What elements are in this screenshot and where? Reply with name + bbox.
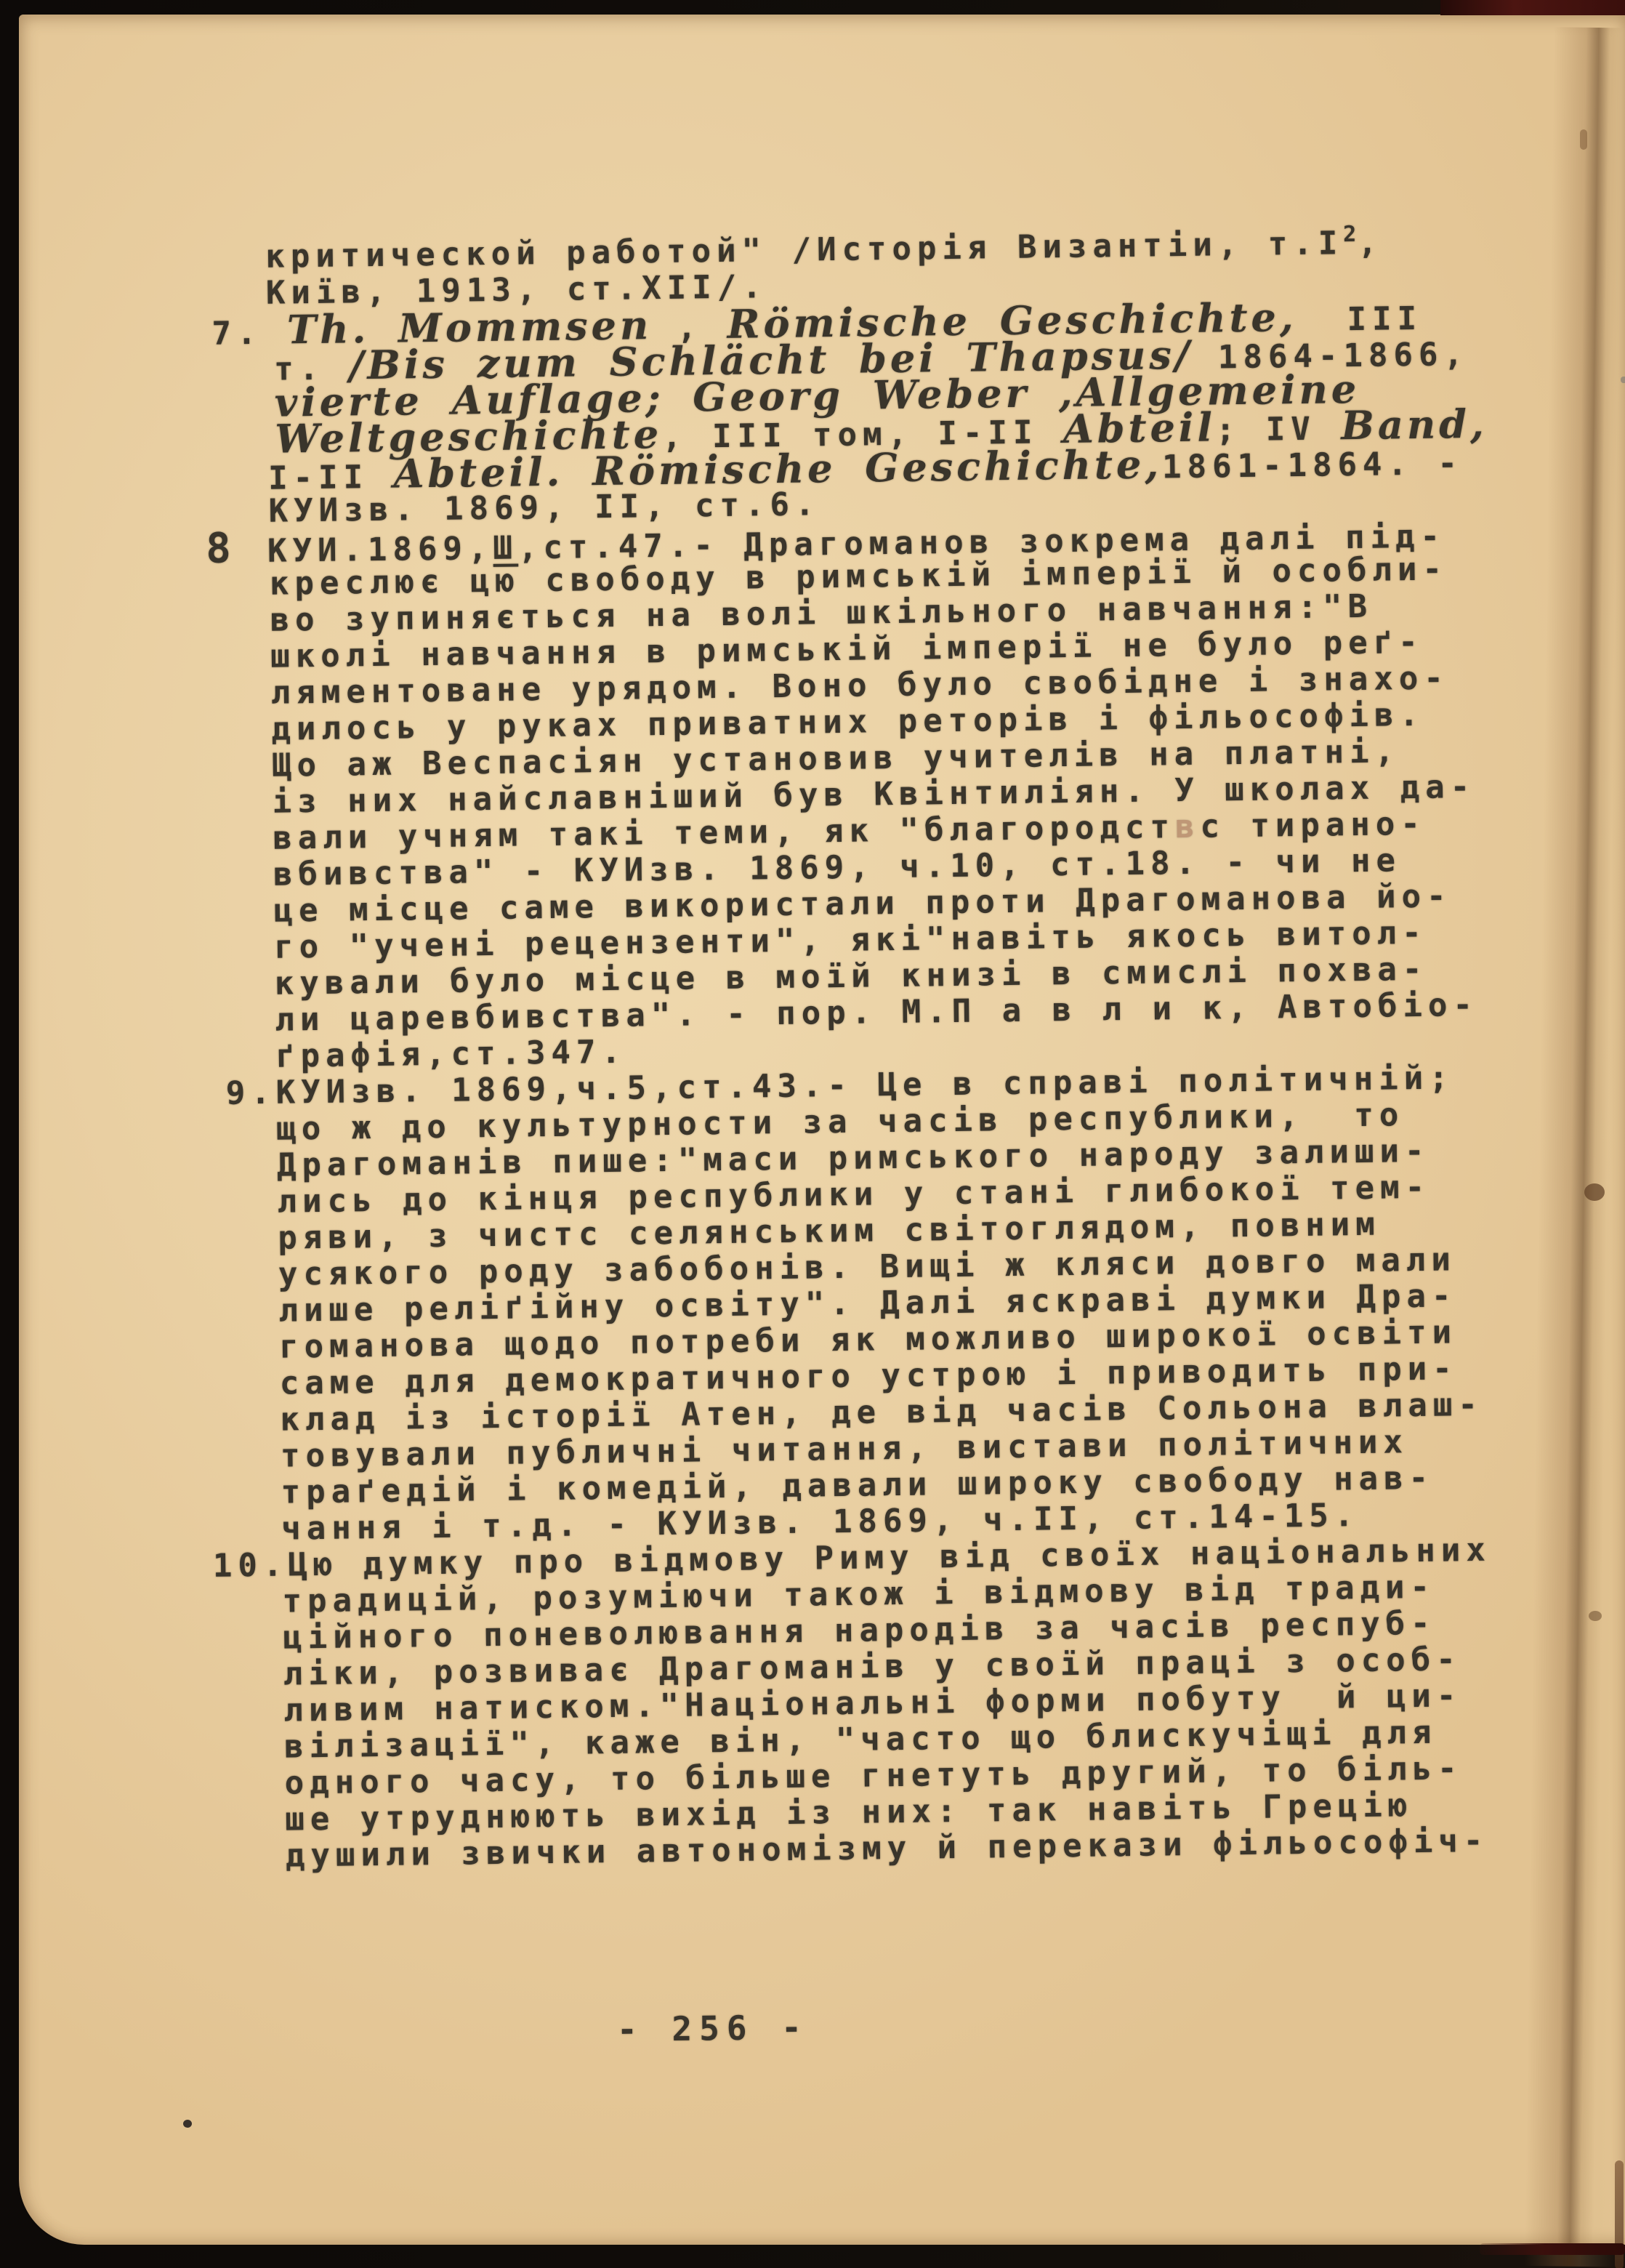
ink-speck [183, 2120, 192, 2128]
book-spine-edge-bottom [1480, 2243, 1625, 2255]
page-text: критической работой" /Исторія Византіи, … [196, 223, 1568, 1875]
page-number: - 256 - [597, 2007, 830, 2049]
book-spine-edge-top [1440, 0, 1625, 15]
ink-speck [1621, 377, 1625, 383]
scanned-page: критической работой" /Исторія Византіи, … [0, 0, 1625, 2268]
